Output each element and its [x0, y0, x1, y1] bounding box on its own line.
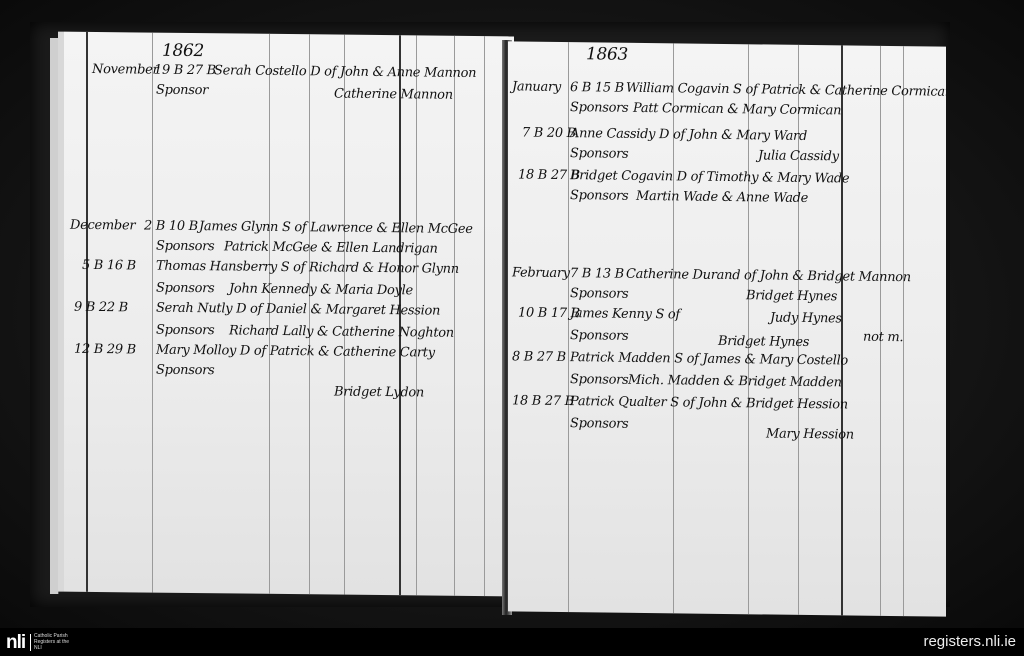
sponsors: John Kennedy & Maria Doyle — [229, 281, 413, 298]
entry-ref: 19 B 27 B — [154, 63, 216, 79]
site-link[interactable]: registers.nli.ie — [923, 633, 1016, 650]
entry-extra: Judy Hynes — [770, 311, 842, 327]
sponsors: Bridget Hynes — [746, 288, 837, 304]
sponsor-label: Sponsors — [570, 372, 628, 388]
entry-ref: 12 B 29 B — [74, 342, 136, 358]
sponsor-label: Sponsors — [156, 363, 214, 379]
nli-logo[interactable]: nli — [6, 633, 25, 652]
sponsor-label: Sponsors — [570, 286, 628, 302]
right-page: 1863 January 6 B 15 B William Cogavin S … — [508, 41, 946, 616]
year-heading: 1863 — [586, 44, 628, 65]
sponsor-label: Sponsors — [570, 188, 628, 204]
entry-month: December — [70, 218, 135, 234]
entry-text: Anne Cassidy D of John & Mary Ward — [570, 126, 807, 144]
entry-text: William Cogavin S of Patrick & Catherine… — [626, 81, 946, 100]
entry-text: Bridget Cogavin D of Timothy & Mary Wade — [570, 168, 849, 186]
entry-ref: 9 B 22 B — [74, 300, 128, 316]
sponsors: Patt Cormican & Mary Cormican — [633, 101, 841, 119]
entry-text: Mary Molloy D of Patrick & Catherine Car… — [156, 343, 435, 361]
entry-ref: 18 B 27 B — [512, 393, 574, 409]
sponsor-label: Sponsors — [570, 416, 628, 432]
left-page: 1862 November 19 B 27 B Serah Costello D… — [58, 32, 514, 597]
entry-month: February — [512, 265, 570, 281]
sponsors: Martin Wade & Anne Wade — [636, 189, 808, 206]
column-rule — [841, 45, 843, 615]
entry-text: James Kenny S of — [570, 306, 680, 322]
entry-ref: 7 B 20 B — [522, 125, 576, 141]
sponsor-label: Sponsors — [570, 328, 628, 344]
sponsors: Bridget Lydon — [334, 385, 424, 401]
sponsor-label: Sponsors — [156, 239, 214, 255]
column-rule — [454, 36, 455, 596]
entry-ref: 6 B 15 B — [570, 80, 624, 96]
sponsors: Patrick McGee & Ellen Landrigan — [224, 239, 438, 256]
sponsor-label: Sponsor — [156, 83, 208, 99]
sponsors: Richard Lally & Catherine Noghton — [229, 323, 454, 340]
entry-text: Patrick Qualter S of John & Bridget Hess… — [570, 394, 848, 412]
sponsor-label: Sponsors — [570, 100, 628, 116]
footer-bar: nli Catholic Parish Registers at the NLI… — [0, 628, 1024, 656]
sponsor-label: Sponsors — [156, 323, 214, 339]
entry-text: Thomas Hansberry S of Richard & Honor Gl… — [156, 259, 459, 277]
scanned-register-image: 1862 November 19 B 27 B Serah Costello D… — [0, 0, 1024, 628]
entry-ref: 7 B 13 B — [570, 266, 624, 282]
sponsor-label: Sponsors — [570, 146, 628, 162]
year-heading: 1862 — [162, 41, 204, 61]
entry-month: November — [92, 62, 158, 78]
entry-month: January — [512, 79, 561, 95]
entry-text: Serah Costello D of John & Anne Mannon — [214, 63, 476, 81]
sponsor-label: Sponsors — [156, 281, 214, 297]
entry-text: James Glynn S of Lawrence & Ellen McGee — [199, 219, 473, 237]
entry-note: not m. — [863, 330, 903, 345]
logo-divider — [30, 634, 31, 651]
sponsors: Mary Hession — [766, 426, 854, 442]
entry-text: Catherine Durand of John & Bridget Manno… — [626, 267, 911, 285]
entry-ref: 2 B 10 B — [144, 219, 198, 235]
entry-text: Serah Nutly D of Daniel & Margaret Hessi… — [156, 301, 440, 319]
column-rule — [484, 36, 485, 596]
sponsors: Catherine Mannon — [334, 87, 453, 103]
nli-caption: Catholic Parish Registers at the NLI — [34, 633, 74, 651]
column-rule — [152, 33, 153, 593]
entry-ref: 5 B 16 B — [82, 258, 136, 274]
sponsors: Mich. Madden & Bridget Madden — [628, 373, 842, 391]
entry-text: Patrick Madden S of James & Mary Costell… — [570, 350, 848, 368]
entry-ref: 8 B 27 B — [512, 349, 566, 365]
sponsors: Julia Cassidy — [758, 148, 839, 164]
sponsors: Bridget Hynes — [718, 334, 809, 350]
